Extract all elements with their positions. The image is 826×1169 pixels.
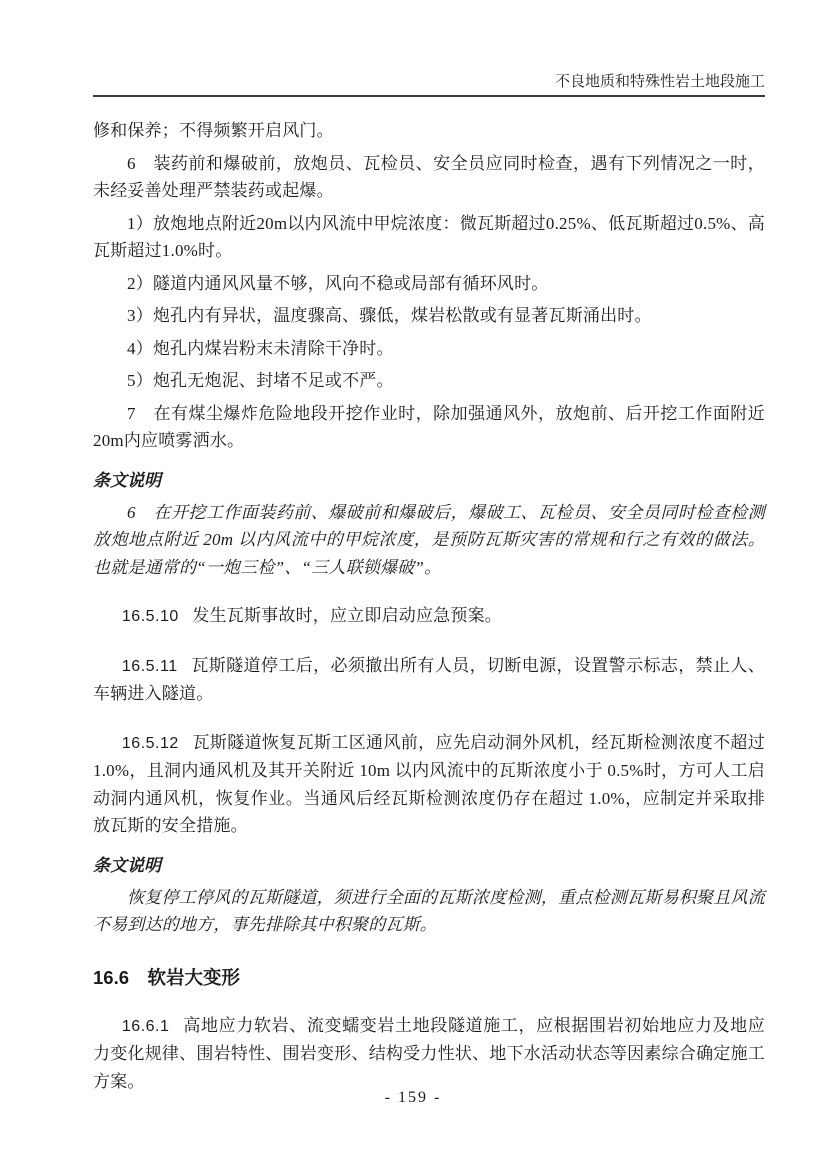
list-item-condition-2: 2）隧道内通风风量不够，风向不稳或局部有循环风时。 <box>93 270 765 298</box>
page-content: 不良地质和特殊性岩土地段施工 修和保养；不得频繁开启风门。 6 装药前和爆破前，… <box>93 0 765 1095</box>
notes-heading-2: 条文说明 <box>93 853 765 879</box>
article-16-5-11-text: 瓦斯隧道停工后，必须撤出所有人员，切断电源，设置警示标志，禁止人、车辆进入隧道。 <box>93 656 765 704</box>
article-16-5-10-text: 发生瓦斯事故时，应立即启动应急预案。 <box>192 606 502 625</box>
article-16-5-12-text: 瓦斯隧道恢复瓦斯工区通风前，应先启动洞外风机，经瓦斯检测浓度不超过 1.0%，且… <box>93 733 765 836</box>
section-heading-title: 软岩大变形 <box>148 967 241 988</box>
page-number: - 159 - <box>0 1089 826 1107</box>
section-heading-number: 16.6 <box>93 967 129 988</box>
article-16-6-1-number: 16.6.1 <box>122 1018 169 1035</box>
list-item-condition-3: 3）炮孔内有异状，温度骤高、骤低，煤岩松散或有显著瓦斯涌出时。 <box>93 302 765 330</box>
notes-paragraph-1: 6 在开挖工作面装药前、爆破前和爆破后，爆破工、瓦检员、安全员同时检查检测放炮地… <box>93 499 765 582</box>
article-16-6-1-text: 高地应力软岩、流变蠕变岩土地段隧道施工，应根据围岩初始地应力及地应力变化规律、围… <box>93 1016 765 1091</box>
article-16-6-1: 16.6.1高地应力软岩、流变蠕变岩土地段隧道施工，应根据围岩初始地应力及地应力… <box>93 1012 765 1096</box>
section-heading-16-6: 16.6软岩大变形 <box>93 965 765 991</box>
article-16-5-11: 16.5.11瓦斯隧道停工后，必须撤出所有人员，切断电源，设置警示标志，禁止人、… <box>93 652 765 708</box>
article-16-5-11-number: 16.5.11 <box>122 658 178 675</box>
notes-heading-1: 条文说明 <box>93 468 765 494</box>
running-header: 不良地质和特殊性岩土地段施工 <box>93 72 765 97</box>
document-page: 不良地质和特殊性岩土地段施工 修和保养；不得频繁开启风门。 6 装药前和爆破前，… <box>0 0 826 1169</box>
paragraph-continuation: 修和保养；不得频繁开启风门。 <box>93 117 765 145</box>
list-item-condition-1: 1）放炮地点附近20m以内风流中甲烷浓度：微瓦斯超过0.25%、低瓦斯超过0.5… <box>93 210 765 265</box>
article-16-5-10: 16.5.10发生瓦斯事故时，应立即启动应急预案。 <box>93 602 765 631</box>
running-header-title: 不良地质和特殊性岩土地段施工 <box>555 73 765 90</box>
article-16-5-10-number: 16.5.10 <box>122 608 179 625</box>
paragraph-clause-7: 7 在有煤尘爆炸危险地段开挖作业时，除加强通风外，放炮前、后开挖工作面附近20m… <box>93 400 765 455</box>
article-16-5-12: 16.5.12瓦斯隧道恢复瓦斯工区通风前，应先启动洞外风机，经瓦斯检测浓度不超过… <box>93 729 765 840</box>
article-16-5-12-number: 16.5.12 <box>122 735 179 752</box>
notes-paragraph-2: 恢复停工停风的瓦斯隧道，须进行全面的瓦斯浓度检测，重点检测瓦斯易积聚且风流不易到… <box>93 884 765 939</box>
list-item-condition-4: 4）炮孔内煤岩粉末未清除干净时。 <box>93 335 765 363</box>
list-item-condition-5: 5）炮孔无炮泥、封堵不足或不严。 <box>93 367 765 395</box>
paragraph-clause-6: 6 装药前和爆破前，放炮员、瓦检员、安全员应同时检查，遇有下列情况之一时，未经妥… <box>93 150 765 205</box>
